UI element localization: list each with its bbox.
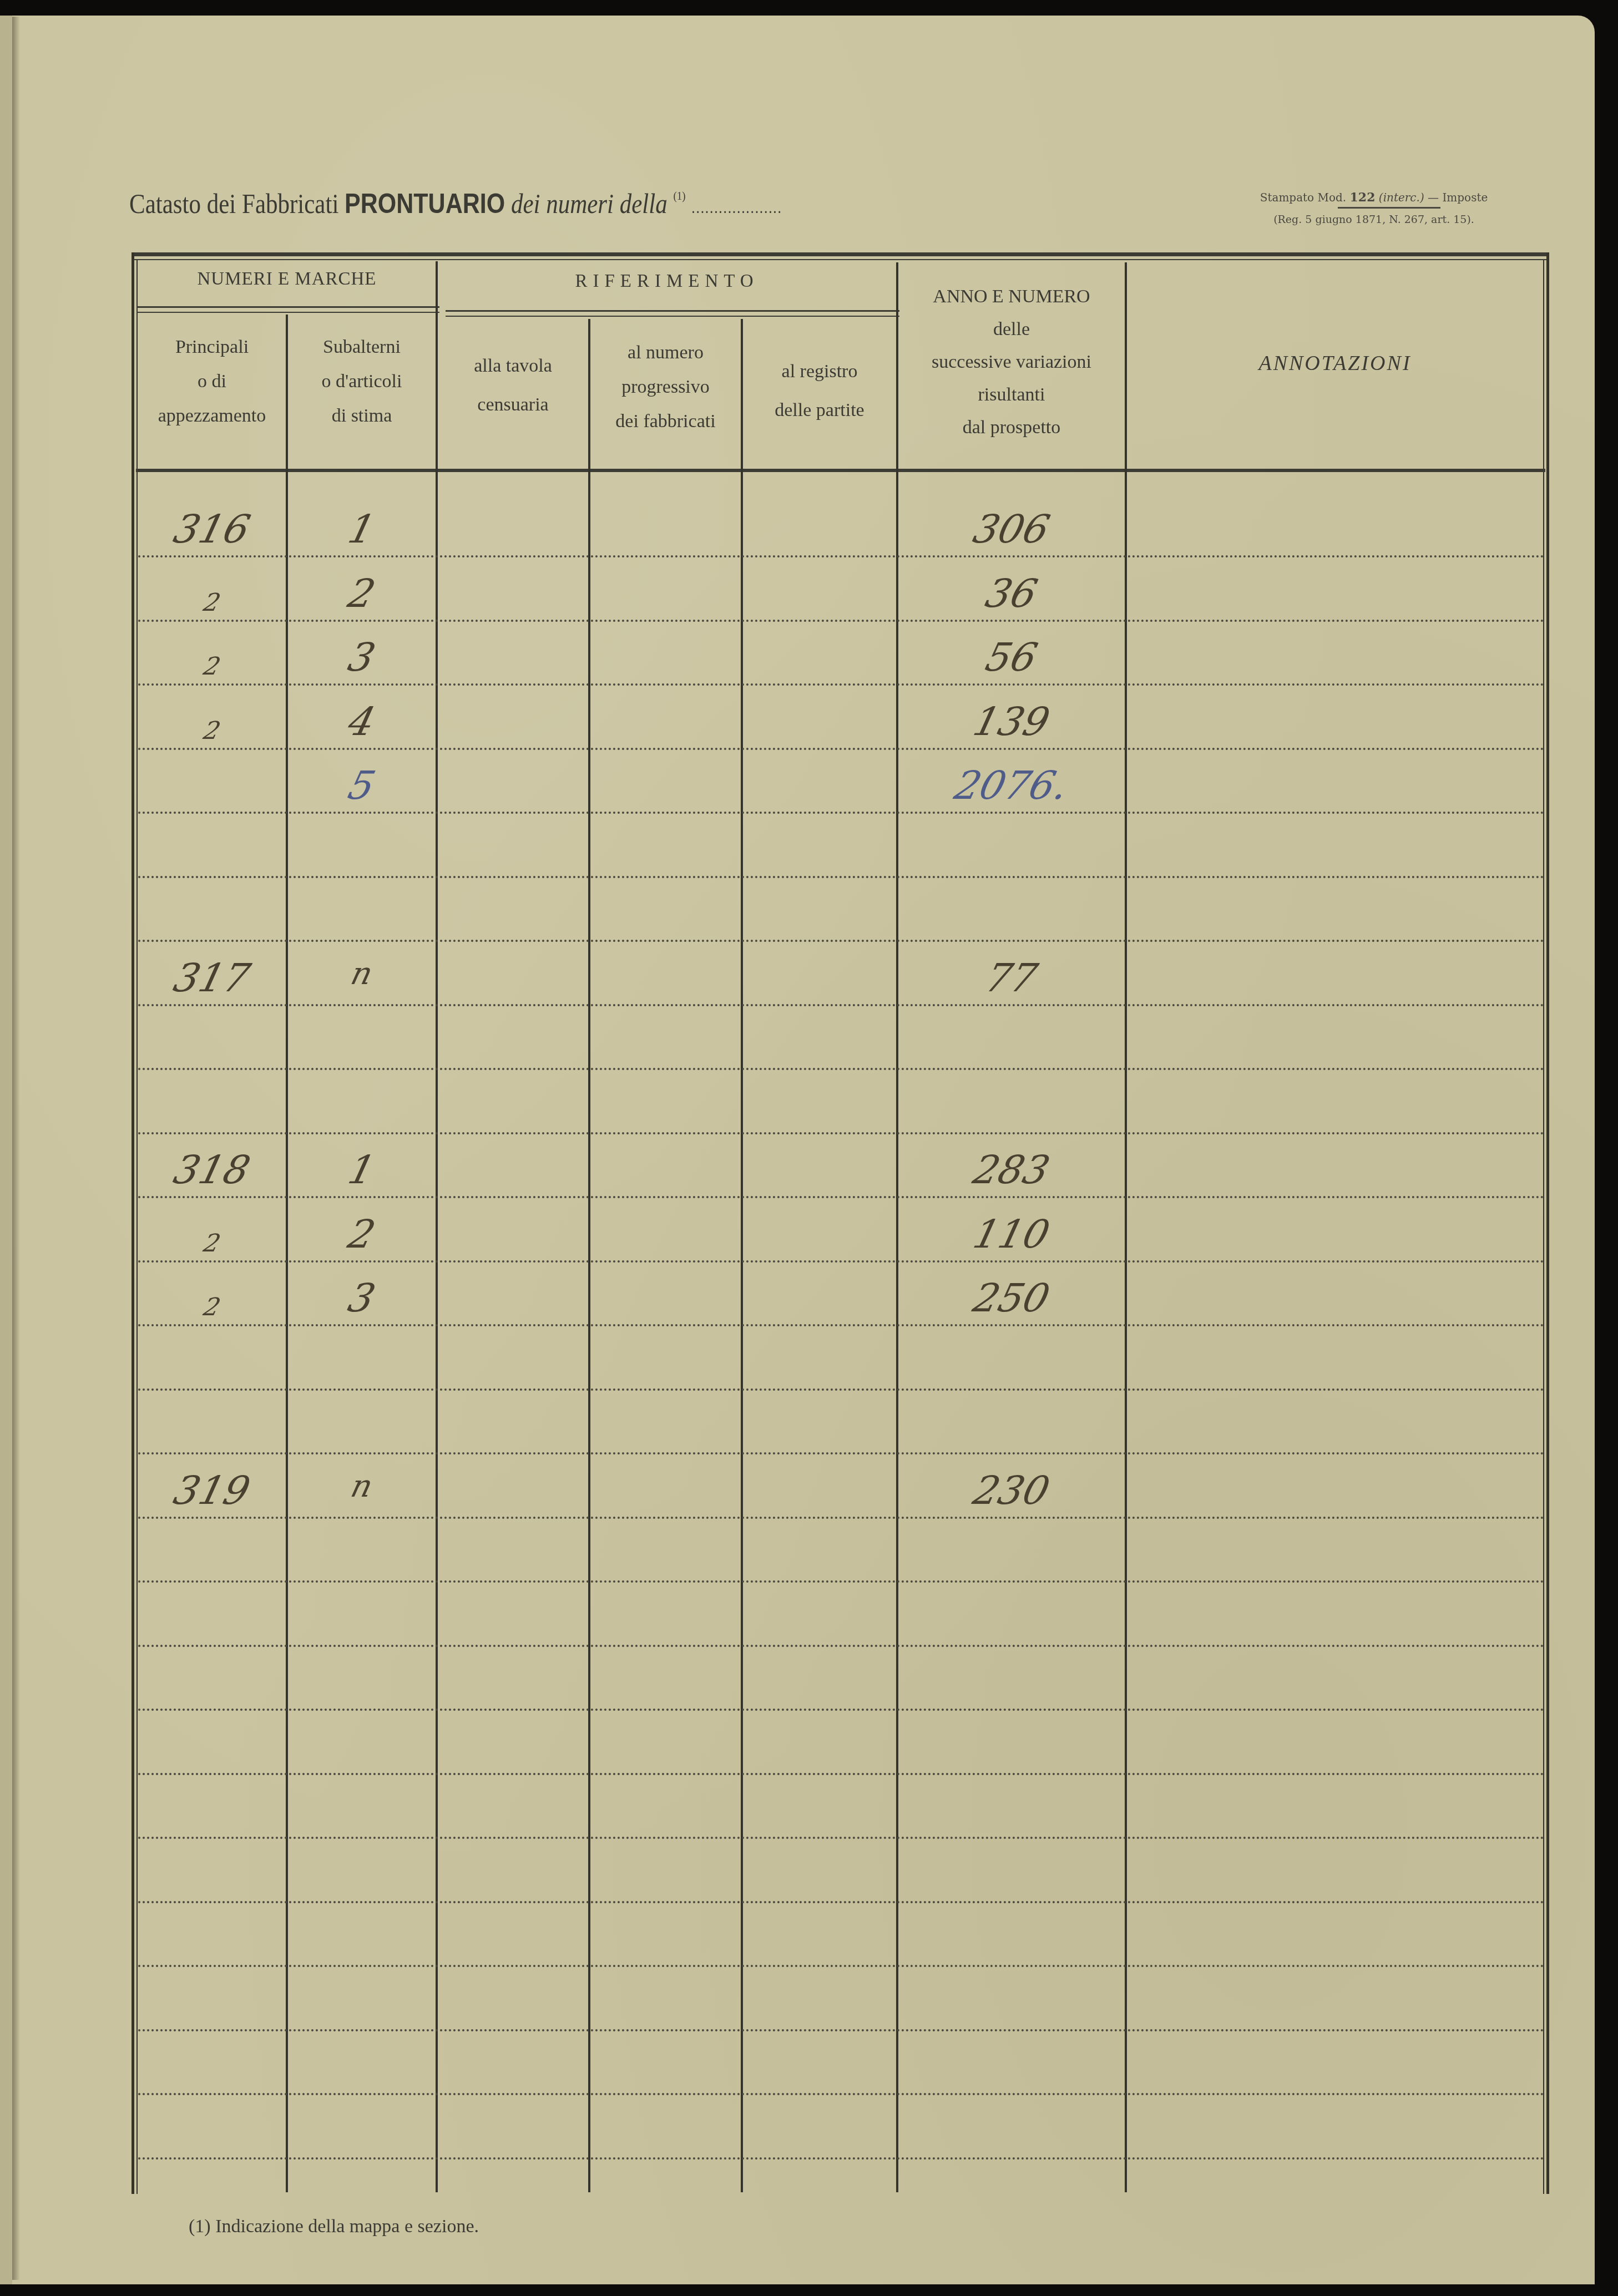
row-separator [138, 1452, 1545, 1454]
model-note: (interc.) [1379, 191, 1424, 204]
row-separator [138, 620, 1545, 622]
entry-subalterni: n [284, 1471, 439, 1502]
row-separator [138, 1004, 1545, 1006]
row-separator [138, 812, 1545, 814]
title-prefix: Catasto dei Fabbricati [129, 188, 338, 219]
row-separator [138, 1517, 1545, 1519]
group-header-riferimento: RIFERIMENTO [438, 271, 896, 292]
entry-subalterni: 1 [283, 1150, 440, 1189]
entry-anno-numero: 2076. [893, 766, 1129, 805]
entry-anno-numero: 110 [893, 1215, 1129, 1254]
column-header-tavola: alla tavola censuaria [438, 347, 588, 424]
ledger-table: NUMERI E MARCHE RIFERIMENTO Principali o… [132, 252, 1549, 2199]
entry-principali: 2 [135, 1231, 289, 1256]
entry-principali: 2 [135, 1295, 289, 1320]
column-header-annotazioni: ANNOTAZIONI [1127, 351, 1543, 376]
row-separator [138, 1773, 1545, 1775]
row-separator [138, 876, 1545, 878]
stamp-prefix: Stampato Mod. [1260, 191, 1346, 204]
footnote: (1) Indicazione della mappa e sezione. [189, 2216, 479, 2237]
col-divider-4 [741, 319, 743, 2192]
entry-subalterni: 3 [283, 1279, 440, 1317]
row-separator [138, 1388, 1545, 1391]
group-header-numeri-e-marche: NUMERI E MARCHE [138, 269, 436, 290]
column-header-anno-numero: ANNO E NUMERO delle successive variazion… [898, 280, 1125, 444]
entry-principali: 2 [135, 591, 289, 615]
row-separator [138, 1324, 1545, 1326]
entry-anno-numero: 36 [893, 574, 1129, 613]
entry-subalterni: 2 [283, 574, 440, 613]
row-separator [138, 1580, 1545, 1583]
regulation-reference: (Reg. 5 giugno 1871, N. 267, art. 15). [1218, 214, 1529, 226]
title-footnote-ref: (1) [673, 189, 685, 202]
group-rule-numeri-thin [137, 312, 439, 313]
column-header-principali: Principali o di appezzamento [138, 330, 286, 433]
entry-principali: 2 [135, 719, 289, 743]
form-reference: Stampato Mod. 122 (interc.) — Imposte (R… [1218, 191, 1529, 226]
row-separator [138, 555, 1545, 557]
title-bold: PRONTUARIO [345, 188, 505, 219]
entry-principali: 316 [133, 510, 290, 549]
row-separator [138, 1068, 1545, 1070]
title-italic: dei numeri della [511, 188, 668, 219]
row-separator [138, 1260, 1545, 1263]
entry-subalterni: 5 [283, 766, 440, 805]
col-divider-3 [588, 319, 590, 2192]
table-left-border-inner [136, 260, 138, 2194]
stamp-rule [1338, 207, 1440, 209]
entry-principali: 317 [133, 959, 290, 997]
entry-anno-numero: 139 [893, 702, 1129, 741]
entry-anno-numero: 306 [893, 510, 1129, 549]
entry-anno-numero: 283 [893, 1150, 1129, 1189]
column-header-subalterni: Subalterni o d'articoli di stima [288, 330, 436, 433]
entry-subalterni: 3 [283, 638, 440, 677]
row-separator [138, 1901, 1545, 1903]
row-separator [138, 1965, 1545, 1967]
header-bottom-rule [136, 469, 1545, 472]
row-separator [138, 2157, 1545, 2160]
table-top-rule-thin [132, 259, 1549, 260]
page-title: Catasto dei Fabbricati PRONTUARIO dei nu… [129, 187, 782, 220]
model-number: 122 [1350, 190, 1376, 205]
title-blank-field: .................... [691, 199, 782, 217]
entry-subalterni: 2 [283, 1215, 440, 1254]
row-separator [138, 683, 1545, 686]
entry-principali: 319 [133, 1471, 290, 1510]
row-separator [138, 748, 1545, 750]
row-separator [138, 1645, 1545, 1647]
table-top-rule [132, 252, 1549, 256]
entry-subalterni: n [284, 959, 439, 990]
group-rule-numeri [137, 306, 439, 308]
entry-anno-numero: 77 [893, 959, 1129, 997]
entry-anno-numero: 250 [893, 1279, 1129, 1317]
table-left-border [132, 252, 134, 2194]
column-header-registro: al registro delle partite [743, 352, 896, 430]
row-separator [138, 2093, 1545, 2095]
column-header-progressivo: al numero progressivo dei fabbricati [590, 336, 741, 439]
group-rule-riferimento [446, 310, 899, 312]
entry-principali: 318 [133, 1150, 290, 1189]
table-right-border [1546, 252, 1549, 2194]
row-separator [138, 2029, 1545, 2031]
row-separator [138, 1709, 1545, 1711]
row-separator [138, 940, 1545, 942]
entry-subalterni: 1 [283, 510, 440, 549]
entry-anno-numero: 230 [893, 1471, 1129, 1510]
entry-subalterni: 4 [283, 702, 440, 741]
spine-shadow [12, 17, 20, 2280]
row-separator [138, 1837, 1545, 1839]
row-separator [138, 1196, 1545, 1198]
table-right-border-inner [1543, 260, 1544, 2194]
entry-principali: 2 [135, 655, 289, 679]
entry-anno-numero: 56 [893, 638, 1129, 677]
row-separator [138, 1132, 1545, 1134]
stamp-suffix: — Imposte [1428, 191, 1488, 204]
group-rule-riferimento-thin [446, 316, 899, 317]
